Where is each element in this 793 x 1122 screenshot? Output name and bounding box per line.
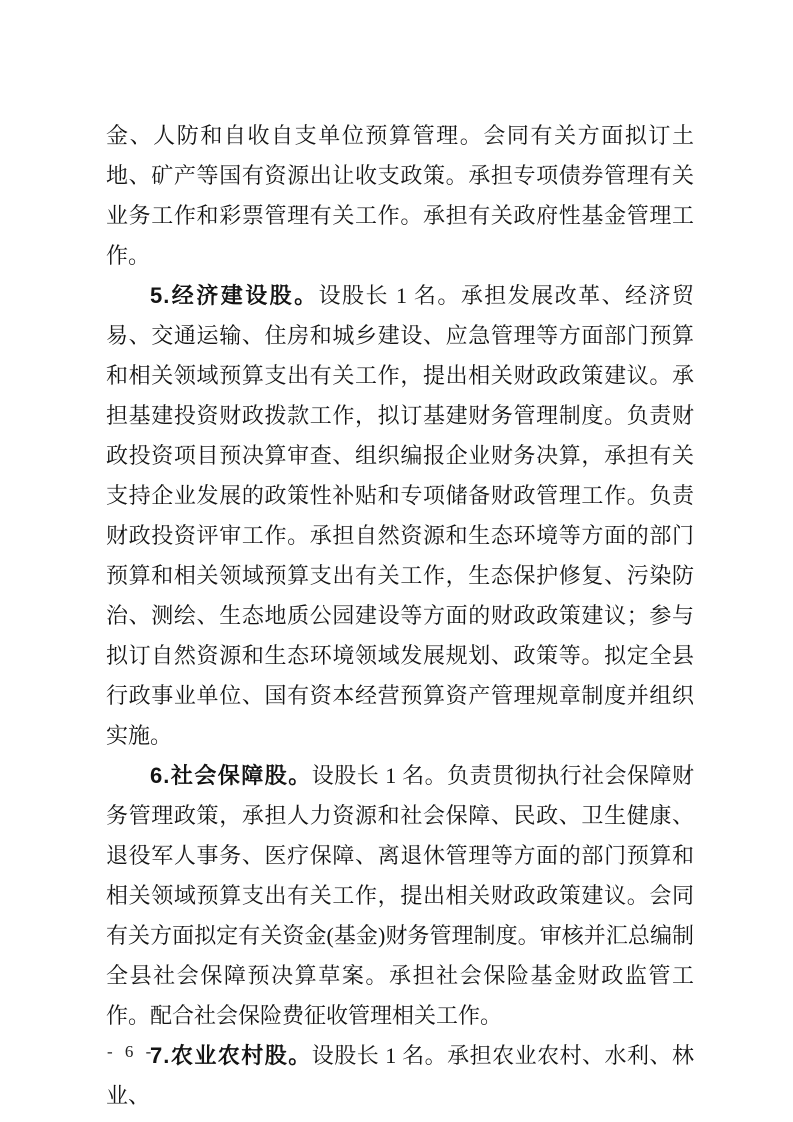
section-6-body: 设股长 1 名。负责贯彻执行社会保障财务管理政策，承担人力资源和社会保障、民政、… [106, 763, 694, 1028]
paragraph-text: 金、人防和自收自支单位预算管理。会同有关方面拟订土地、矿产等国有资源出让收支政策… [106, 123, 694, 268]
section-6-heading: 6.社会保障股。 [150, 763, 312, 788]
section-7-heading: 7.农业农村股。 [150, 1043, 312, 1068]
section-5-heading: 5.经济建设股。 [150, 283, 319, 308]
document-page: 金、人防和自收自支单位预算管理。会同有关方面拟订土地、矿产等国有资源出让收支政策… [0, 0, 793, 1122]
document-body: 金、人防和自收自支单位预算管理。会同有关方面拟订土地、矿产等国有资源出让收支政策… [106, 116, 694, 1116]
paragraph-section-5-economic-construction: 5.经济建设股。设股长 1 名。承担发展改革、经济贸易、交通运输、住房和城乡建设… [106, 276, 694, 756]
paragraph-budget-management-continuation: 金、人防和自收自支单位预算管理。会同有关方面拟订土地、矿产等国有资源出让收支政策… [106, 116, 694, 276]
paragraph-section-7-agriculture-rural: 7.农业农村股。设股长 1 名。承担农业农村、水利、林业、 [106, 1036, 694, 1116]
section-5-body: 设股长 1 名。承担发展改革、经济贸易、交通运输、住房和城乡建设、应急管理等方面… [106, 283, 694, 748]
paragraph-section-6-social-security: 6.社会保障股。设股长 1 名。负责贯彻执行社会保障财务管理政策，承担人力资源和… [106, 756, 694, 1036]
page-number: - 6 - [107, 1040, 155, 1064]
